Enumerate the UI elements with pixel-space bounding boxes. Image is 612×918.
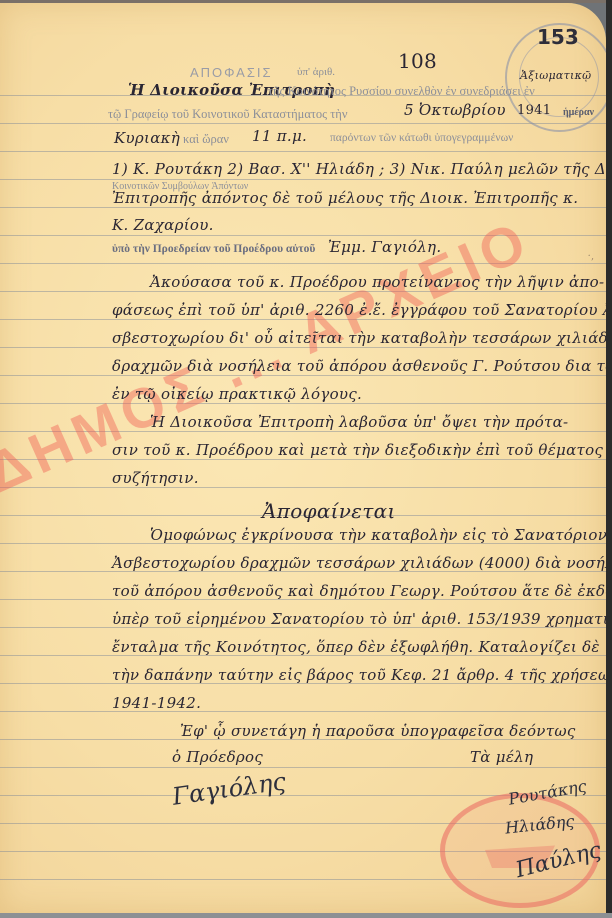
president-label: ὁ Πρόεδρος bbox=[172, 748, 263, 766]
attendees-line-1: 1) Κ. Ρουτάκη 2) Βασ. Χ'' Ηλιάδη ; 3) Νι… bbox=[112, 160, 606, 178]
hour-label: καὶ ὥραν bbox=[183, 132, 229, 147]
margin-mark: ·‚ bbox=[588, 251, 594, 262]
header-printed-line2: τῷ Γραφείῳ τοῦ Κοινοτικοῦ Καταστήματος τ… bbox=[108, 107, 347, 122]
meeting-time: 11 π.μ. bbox=[252, 127, 307, 145]
decision-line: τοῦ ἀπόρου ἀσθενοῦς καὶ δημότου Γεωργ. Ρ… bbox=[112, 582, 606, 600]
ruled-line bbox=[0, 207, 606, 208]
number-label: ὑπ' ἀριθ. bbox=[297, 66, 335, 78]
header-printed-tail: ἡμέραν bbox=[563, 107, 594, 118]
paragraph-2-line: Ἡ Διοικοῦσα Ἐπιτροπὴ λαβοῦσα ὑπ' ὄψει τὴ… bbox=[150, 413, 568, 431]
paragraph-1-line: ἐν τῷ οἰκείῳ πρακτικῷ λόγους. bbox=[112, 385, 362, 403]
ruled-line bbox=[0, 767, 606, 768]
decision-line: ὑπὲρ τοῦ εἰρημένου Σανατορίου τὸ ὑπ' ἀρι… bbox=[112, 610, 606, 628]
ruled-line bbox=[0, 375, 606, 376]
attendees-line-2: Ἐπιτροπῆς ἀπόντος δὲ τοῦ μέλους τῆς Διοι… bbox=[112, 189, 578, 207]
president-signature: Γαγιόλης bbox=[171, 767, 288, 811]
meeting-year: 1941 bbox=[517, 103, 551, 118]
decision-title: ΑΠΟΦΑΣΙΣ bbox=[190, 65, 273, 80]
ruled-line bbox=[0, 711, 606, 712]
paragraph-1-line: δραχμῶν διὰ νοσήλεια τοῦ ἀπόρου ἀσθενοῦς… bbox=[112, 357, 606, 375]
header-printed-line1: τῆς Κοινότητος Ρυσσίου συνελθὸν ἐν συνεδ… bbox=[268, 84, 535, 99]
paragraph-1-line: σβεστοχωρίου δι' οὗ αἰτεῖται τὴν καταβολ… bbox=[112, 329, 606, 347]
president-name: Ἐμμ. Γαγιόλη. bbox=[328, 238, 441, 256]
attendees-line-3: Κ. Ζαχαρίου. bbox=[112, 216, 214, 234]
header-hand-tail: Ἀξιωματικῷ bbox=[520, 69, 591, 82]
ruled-line bbox=[0, 487, 606, 488]
page-number-stamp: 153 bbox=[537, 25, 579, 49]
paragraph-1-line: φάσεως ἐπὶ τοῦ ὑπ' ἀριθ. 2260 ἐ.ἔ. ἐγγρά… bbox=[112, 301, 606, 319]
decision-number: 108 bbox=[398, 49, 437, 73]
decision-line: 1941-1942. bbox=[112, 694, 201, 712]
paragraph-2-line: σιν τοῦ κ. Προέδρου καὶ μετὰ τὴν διεξοδι… bbox=[112, 441, 603, 459]
members-label: Τὰ μέλη bbox=[470, 748, 533, 766]
ruled-line bbox=[0, 123, 606, 124]
ruled-line bbox=[0, 291, 606, 292]
decision-line: τὴν δαπάνην ταύτην εἰς βάρος τοῦ Κεφ. 21… bbox=[112, 666, 606, 684]
meeting-day: Κυριακὴ bbox=[114, 129, 180, 147]
ruled-line bbox=[0, 151, 606, 152]
document-page: ΔΗΜΟΣ ... ΑΡΧΕΙΟ 153 ΑΠΟΦΑΣΙΣ ὑπ' ἀριθ. … bbox=[0, 3, 606, 913]
meeting-date: 5 Ὀκτωβρίου bbox=[404, 101, 506, 119]
paragraph-1-line: Ἀκούσασα τοῦ κ. Προέδρου προτείναντος τὴ… bbox=[150, 273, 604, 291]
decision-heading: Ἀποφαίνεται bbox=[262, 499, 396, 523]
decision-line: Ἀσβεστοχωρίου δραχμῶν τεσσάρων χιλιάδων … bbox=[112, 554, 606, 572]
paragraph-2-line: συζήτησιν. bbox=[112, 469, 199, 487]
scan-bottom-border bbox=[0, 913, 612, 918]
ruled-line bbox=[0, 179, 606, 180]
closing-statement: Ἐφ' ᾧ συνετάγη ἡ παροῦσα ὑπογραφεῖσα δεό… bbox=[180, 722, 576, 740]
present-label: παρόντων τῶν κάτωθι ὑπογεγραμμένων bbox=[330, 132, 513, 144]
decision-line: ἔνταλμα τῆς Κοινότητος, ὅπερ δὲν ἐξωφλήθ… bbox=[112, 638, 600, 656]
decision-line: Ὁμοφώνως ἐγκρίνουσα τὴν καταβολὴν εἰς τὸ… bbox=[150, 526, 606, 544]
presidency-label: ὑπὸ τὴν Προεδρείαν τοῦ Προέδρου αὐτοῦ bbox=[112, 243, 315, 255]
scan-right-edge bbox=[606, 0, 612, 918]
